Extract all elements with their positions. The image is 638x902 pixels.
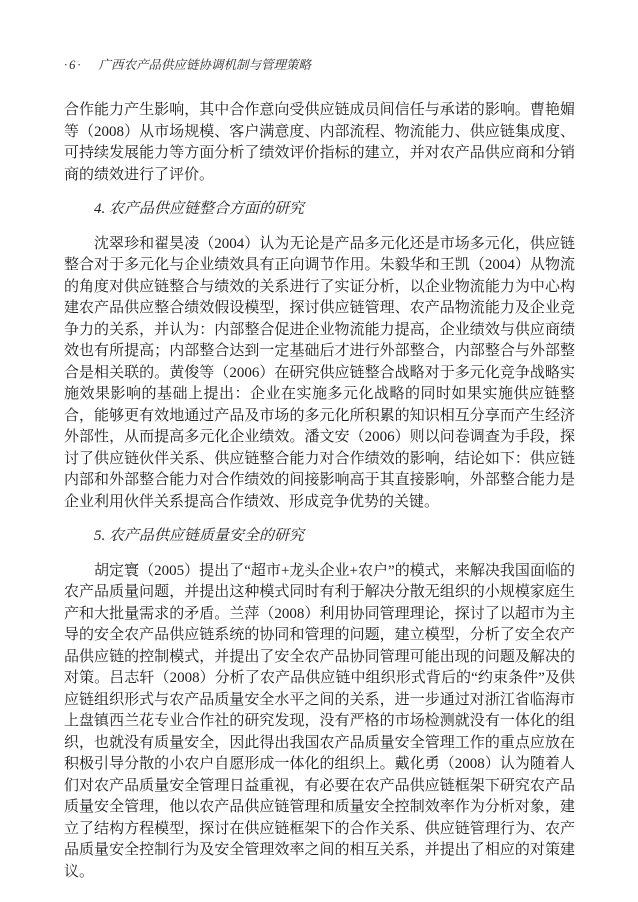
running-title: 广西农产品供应链协调机制与管理策略 bbox=[99, 58, 312, 72]
page-number: ·6· bbox=[64, 58, 83, 72]
paragraph-quality-safety-research: 胡定寰（2005）提出了“超市+龙头企业+农户”的模式，来解决我国面临的农产品质… bbox=[64, 561, 575, 884]
paragraph-performance-evaluation: 合作能力产生影响，其中合作意向受供应链成员间信任与承诺的影响。曹艳媚等（2008… bbox=[64, 100, 575, 186]
running-header: ·6·广西农产品供应链协调机制与管理策略 bbox=[64, 58, 575, 73]
heading-section-4-supply-chain-integration: 4. 农产品供应链整合方面的研究 bbox=[64, 199, 575, 221]
heading-section-5-quality-safety: 5. 农产品供应链质量安全的研究 bbox=[64, 526, 575, 548]
paragraph-supply-chain-integration-research: 沈翠珍和翟昊凌（2004）认为无论是产品多元化还是市场多元化，供应链整合对于多元… bbox=[64, 234, 575, 514]
page-body: 合作能力产生影响，其中合作意向受供应链成员间信任与承诺的影响。曹艳媚等（2008… bbox=[64, 100, 575, 883]
book-page: ·6·广西农产品供应链协调机制与管理策略 合作能力产生影响，其中合作意向受供应链… bbox=[0, 0, 638, 902]
